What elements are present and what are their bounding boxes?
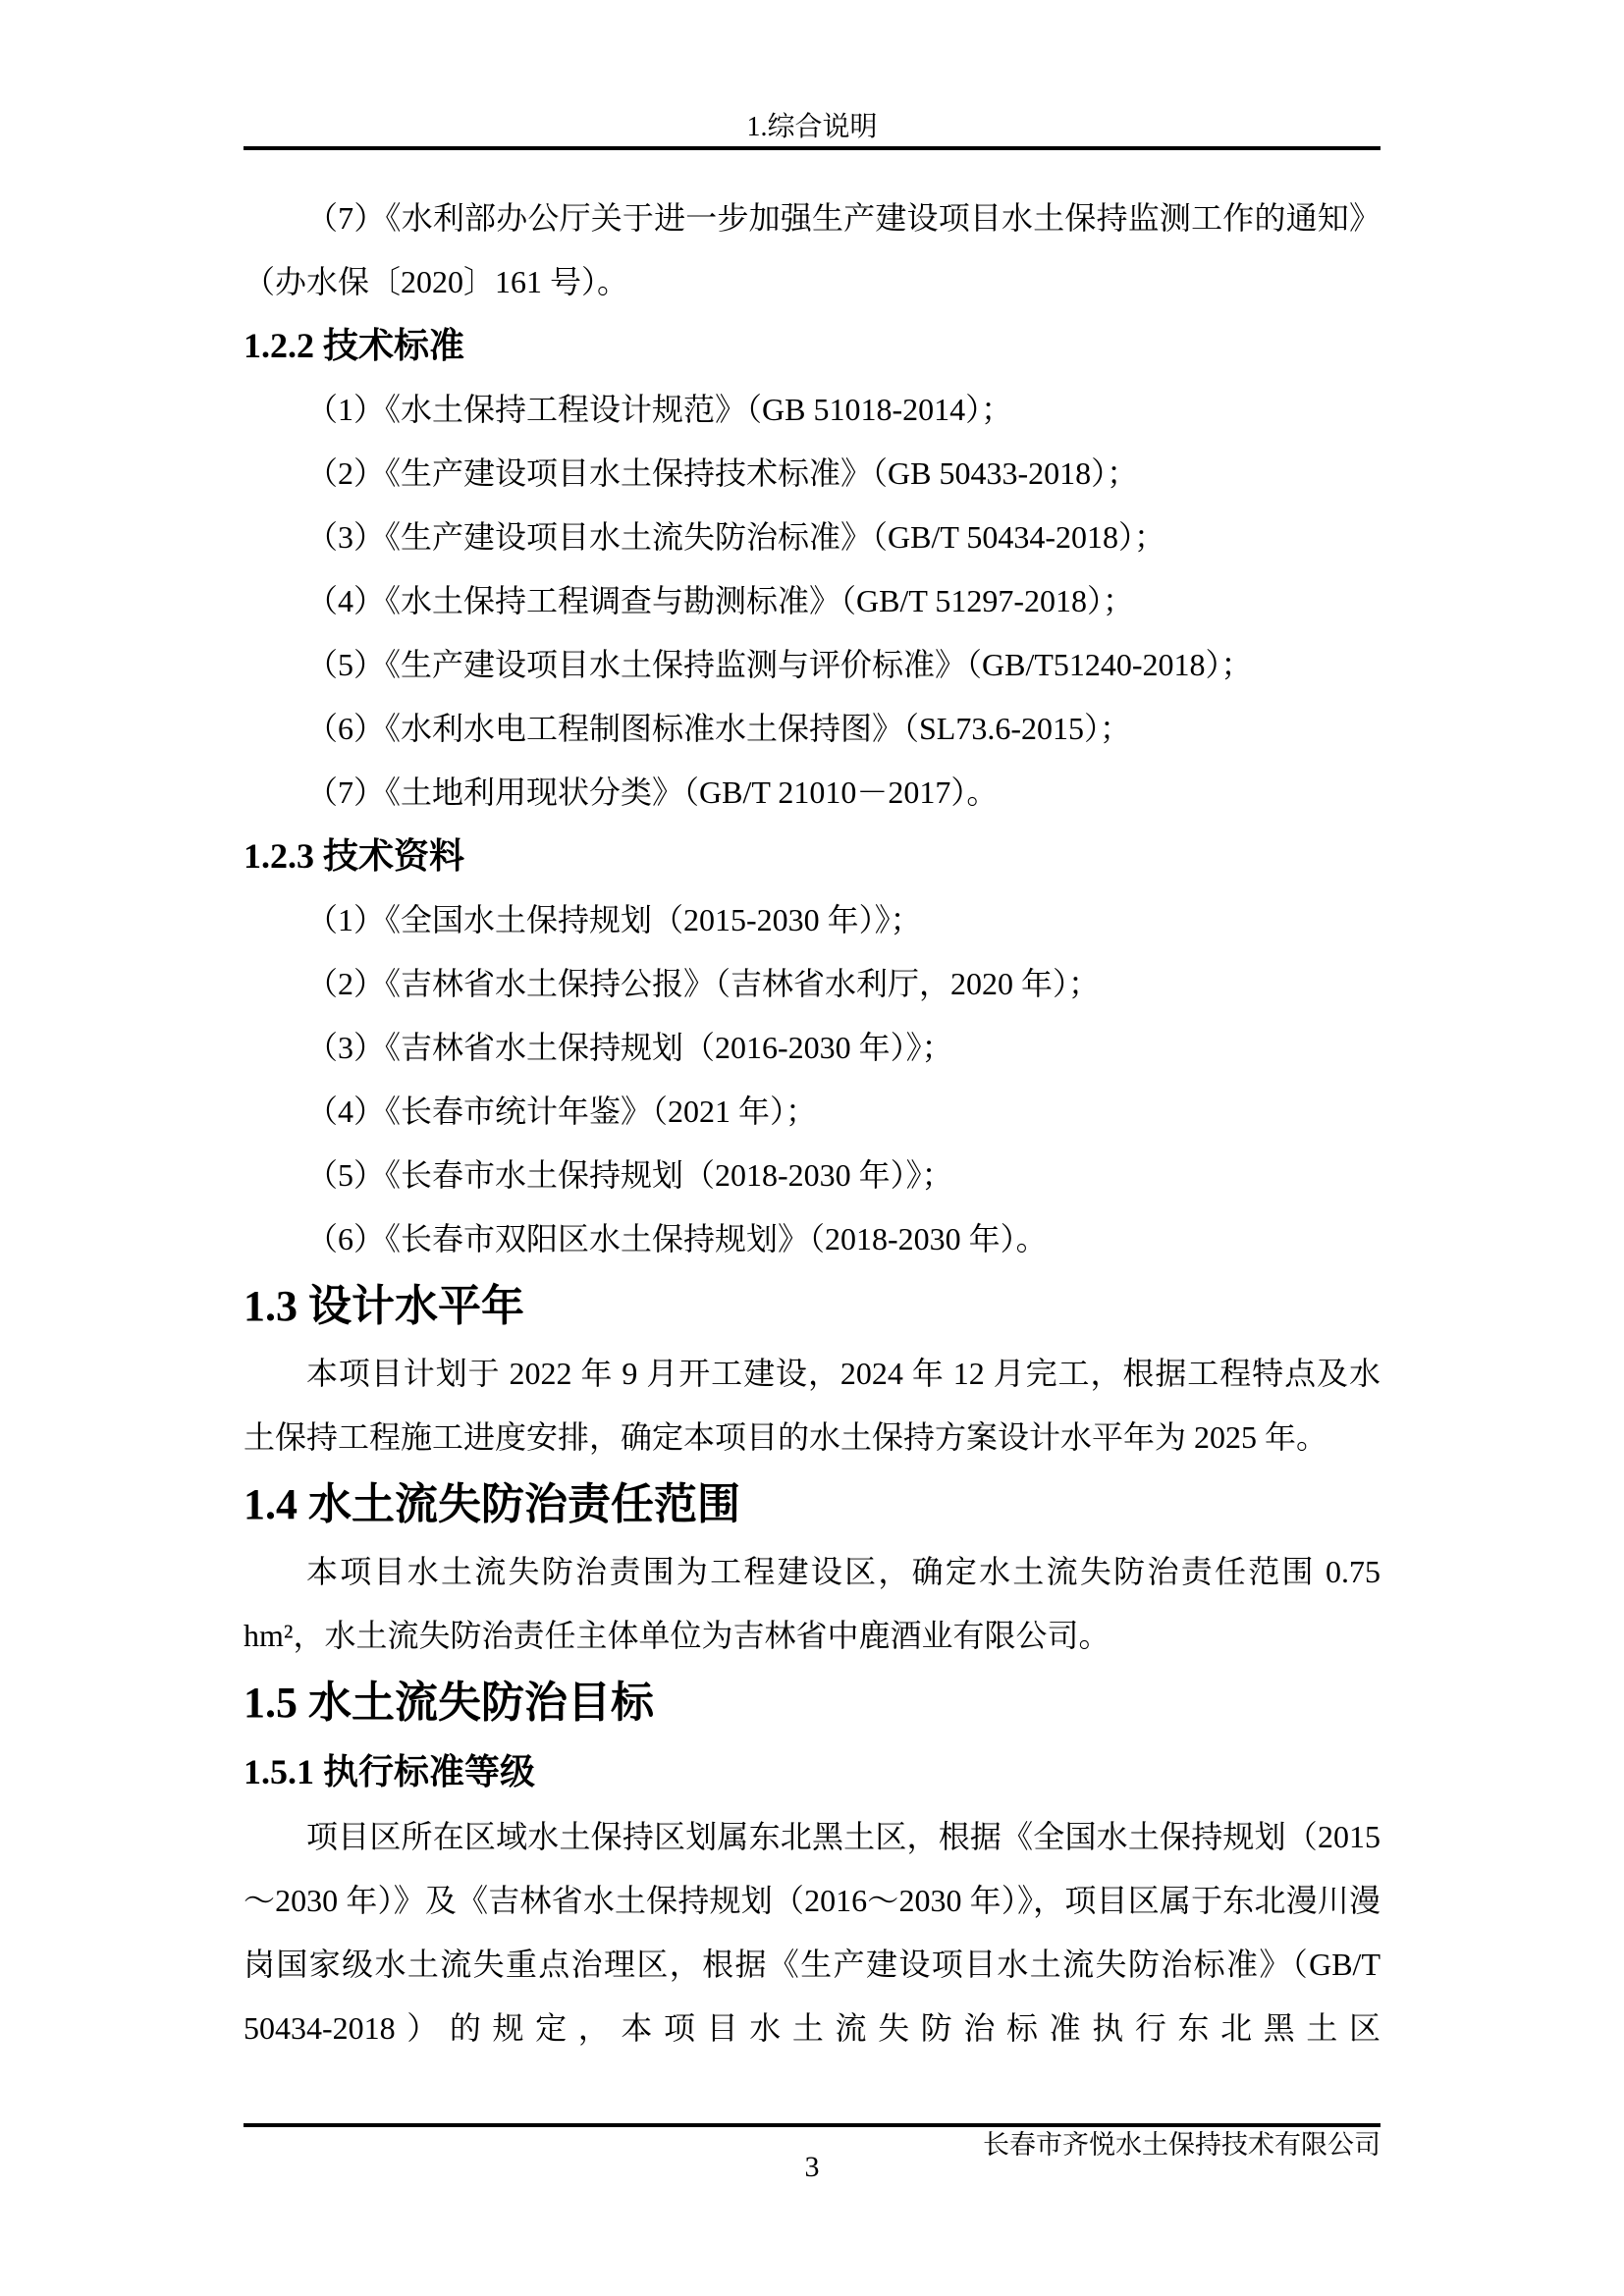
paragraph-notice-ref: （7）《水利部办公厅关于进一步加强生产建设项目水土保持监测工作的通知》（办水保〔… (244, 187, 1380, 314)
list-item-standard-2: （2）《生产建设项目水土保持技术标准》（GB 50433-2018）； (244, 442, 1380, 506)
heading-1-2-3-technical-materials: 1.2.3 技术资料 (244, 825, 1380, 888)
list-item-standard-1: （1）《水土保持工程设计规范》（GB 51018-2014）； (244, 378, 1380, 442)
paragraph-responsibility-scope: 本项目水土流失防治责围为工程建设区，确定水土流失防治责任范围 0.75 hm²，… (244, 1540, 1380, 1668)
page-header-title: 1.综合说明 (244, 110, 1380, 145)
paragraph-standard-grade: 项目区所在区域水土保持区划属东北黑土区，根据《全国水土保持规划（2015～203… (244, 1805, 1380, 2060)
list-item-material-1: （1）《全国水土保持规划（2015-2030 年）》； (244, 888, 1380, 952)
list-item-standard-7: （7）《土地利用现状分类》（GB/T 21010－2017）。 (244, 761, 1380, 825)
footer-rule (244, 2123, 1380, 2127)
heading-1-4-responsibility-scope: 1.4 水土流失防治责任范围 (244, 1469, 1380, 1540)
heading-1-3-design-year: 1.3 设计水平年 (244, 1271, 1380, 1342)
heading-1-5-prevention-targets: 1.5 水土流失防治目标 (244, 1668, 1380, 1738)
list-item-material-2: （2）《吉林省水土保持公报》（吉林省水利厅，2020 年）； (244, 952, 1380, 1016)
list-item-material-6: （6）《长春市双阳区水土保持规划》（2018-2030 年）。 (244, 1207, 1380, 1271)
list-item-standard-3: （3）《生产建设项目水土流失防治标准》（GB/T 50434-2018）； (244, 506, 1380, 569)
header-rule (244, 146, 1380, 150)
paragraph-design-year: 本项目计划于 2022 年 9 月开工建设，2024 年 12 月完工，根据工程… (244, 1342, 1380, 1469)
heading-1-2-2-technical-standards: 1.2.2 技术标准 (244, 314, 1380, 378)
heading-1-5-1-standard-grade: 1.5.1 执行标准等级 (244, 1738, 1380, 1805)
list-item-standard-5: （5）《生产建设项目水土保持监测与评价标准》（GB/T51240-2018）； (244, 633, 1380, 697)
document-page: 1.综合说明 （7）《水利部办公厅关于进一步加强生产建设项目水土保持监测工作的通… (0, 0, 1624, 2296)
list-item-standard-6: （6）《水利水电工程制图标准水土保持图》（SL73.6-2015）； (244, 697, 1380, 761)
list-item-material-3: （3）《吉林省水土保持规划（2016-2030 年）》； (244, 1016, 1380, 1080)
list-item-material-4: （4）《长春市统计年鉴》（2021 年）； (244, 1080, 1380, 1144)
list-item-material-5: （5）《长春市水土保持规划（2018-2030 年）》； (244, 1144, 1380, 1207)
list-item-standard-4: （4）《水土保持工程调查与勘测标准》（GB/T 51297-2018）； (244, 569, 1380, 633)
document-body: （7）《水利部办公厅关于进一步加强生产建设项目水土保持监测工作的通知》（办水保〔… (244, 187, 1380, 2060)
page-number: 3 (0, 2150, 1624, 2185)
